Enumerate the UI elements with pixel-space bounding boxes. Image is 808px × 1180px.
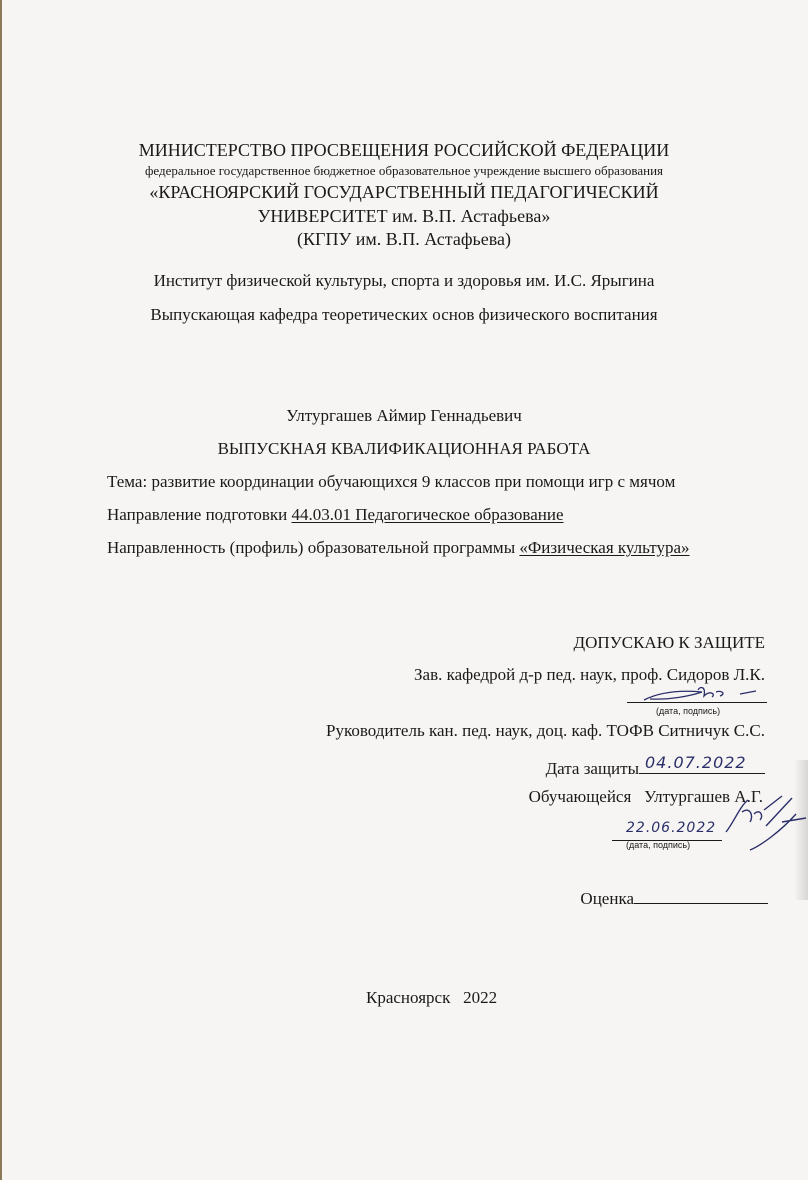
defense-date-field: 04.07.2022 — [639, 755, 765, 774]
direction-value: 44.03.01 Педагогическое образование — [292, 505, 564, 524]
direction-label: Направление подготовки — [107, 505, 292, 524]
profile-line: Направленность (профиль) образовательной… — [107, 538, 690, 558]
direction-line: Направление подготовки 44.03.01 Педагоги… — [107, 505, 564, 525]
ministry-name: МИНИСТЕРСТВО ПРОСВЕЩЕНИЯ РОССИЙСКОЙ ФЕДЕ… — [0, 140, 808, 161]
student-signature-caption: (дата, подпись) — [626, 840, 690, 850]
student-label: Обучающейся — [529, 787, 632, 806]
university-abbreviation: (КГПУ им. В.П. Астафьева) — [0, 229, 808, 250]
grade-line: Оценка — [580, 887, 768, 909]
defense-date-line: Дата защиты04.07.2022 — [546, 755, 765, 779]
profile-label: Направленность (профиль) образовательной… — [107, 538, 519, 557]
supervisor: Руководитель кан. пед. наук, доц. каф. Т… — [326, 721, 765, 741]
institution-type: федеральное государственное бюджетное об… — [0, 163, 808, 179]
defense-date-label: Дата защиты — [546, 759, 639, 778]
author-name: Ултургашев Аймир Геннадьевич — [0, 406, 808, 426]
work-type: ВЫПУСКНАЯ КВАЛИФИКАЦИОННАЯ РАБОТА — [0, 439, 808, 459]
grade-field — [634, 887, 768, 904]
department-name: Выпускающая кафедра теоретических основ … — [0, 305, 808, 325]
city-year: Красноярск 2022 — [366, 988, 497, 1008]
student-signature-date: 22.06.2022 — [626, 820, 716, 836]
head-signature-icon — [640, 684, 770, 706]
profile-value: «Физическая культура» — [519, 538, 689, 557]
grade-label: Оценка — [580, 889, 634, 908]
head-of-department: Зав. кафедрой д-р пед. наук, проф. Сидор… — [414, 665, 765, 685]
head-signature-caption: (дата, подпись) — [656, 706, 720, 716]
approval-title: ДОПУСКАЮ К ЗАЩИТЕ — [574, 633, 765, 653]
work-topic: Тема: развитие координации обучающихся 9… — [107, 472, 675, 492]
student-signature-icon — [720, 792, 808, 862]
university-name-line2: УНИВЕРСИТЕТ им. В.П. Астафьева» — [0, 206, 808, 227]
institute-name: Институт физической культуры, спорта и з… — [0, 271, 808, 291]
university-name-line1: «КРАСНОЯРСКИЙ ГОСУДАРСТВЕННЫЙ ПЕДАГОГИЧЕ… — [0, 182, 808, 203]
city: Красноярск — [366, 988, 450, 1007]
defense-date-value: 04.07.2022 — [645, 753, 747, 772]
year: 2022 — [463, 988, 497, 1007]
